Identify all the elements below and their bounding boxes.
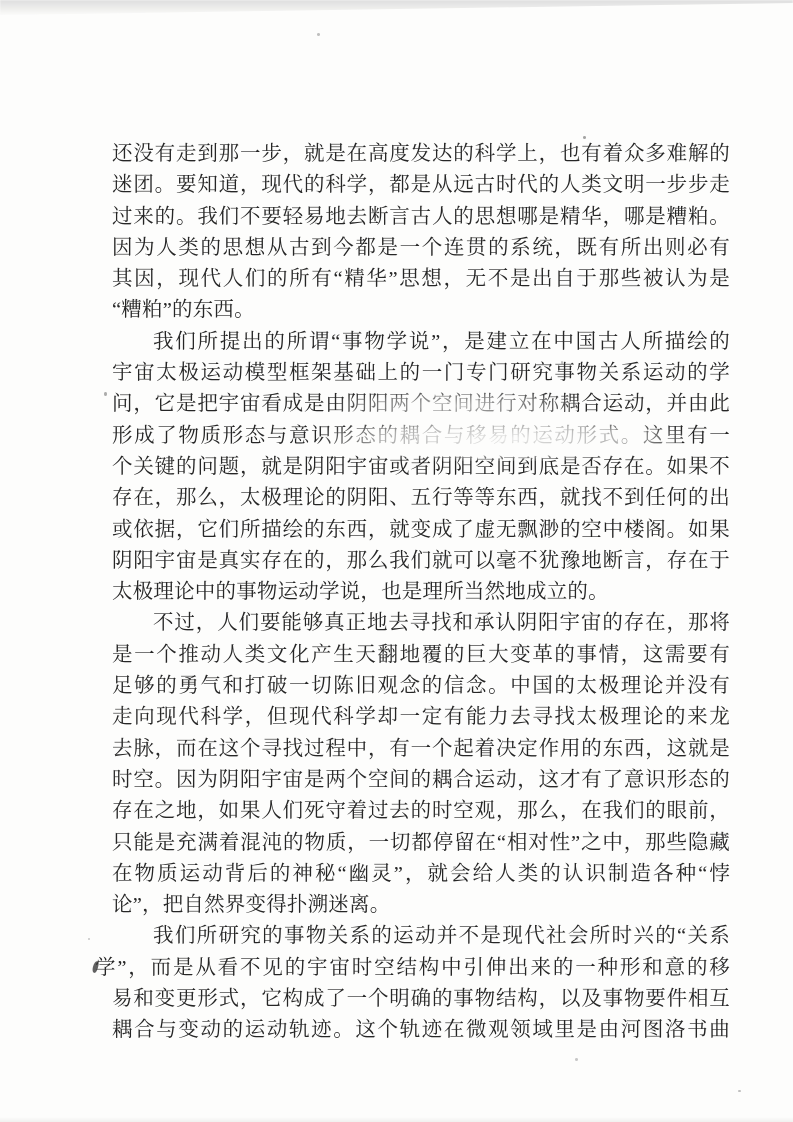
paragraph: 我们所研究的事物关系的运动并不是现代社会所时兴的“关系学”，而是从看不见的宇宙时… <box>112 921 730 1046</box>
scan-edge-shadow-top <box>0 0 793 16</box>
text-line: 走向现代科学，但现代科学却一定有能力去寻找太极理论的来龙 <box>112 702 730 733</box>
ink-speck <box>575 1058 578 1061</box>
text-line: 易和变更形式，它构成了一个明确的事物结构，以及事物要件相互 <box>112 984 730 1015</box>
text-line: 问，它是把宇宙看成是由阴阳两个空间进行对称耦合运动，并由此 <box>112 389 730 420</box>
text-line: 学”，而是从看不见的宇宙时空结构中引伸出来的一种形和意的移 <box>95 953 730 984</box>
text-line: 迷团。要知道，现代的科学，都是从远古时代的人类文明一步步走 <box>112 170 730 201</box>
ink-speck <box>317 33 320 36</box>
text-line: 耦合与变动的运动轨迹。这个轨迹在微观领域里是由河图洛书曲 <box>112 1015 730 1046</box>
paragraph: 还没有走到那一步，就是在高度发达的科学上，也有着众多难解的迷团。要知道，现代的科… <box>112 139 730 327</box>
text-line: 存在之地，如果人们死守着过去的时空观，那么，在我们的眼前，就 <box>112 796 730 827</box>
ink-speck <box>453 866 456 869</box>
paragraph: 我们所提出的所谓“事物学说”，是建立在中国古人所描绘的宇宙太极运动模型框架基础上… <box>112 327 730 609</box>
ink-speck <box>583 136 586 139</box>
text-line: 其因，现代人们的所有“精华”思想，无不是出自于那些被认为是 <box>112 264 730 295</box>
text-line: 我们所研究的事物关系的运动并不是现代社会所时兴的“关系 <box>112 921 730 952</box>
text-line: 只能是充满着混沌的物质，一切都停留在“相对性”之中，那些隐藏 <box>112 828 730 859</box>
text-line: 宇宙太极运动模型框架基础上的一门专门研究事物关系运动的学 <box>112 358 730 389</box>
text-line: 形成了物质形态与意识形态的耦合与移易的运动形式。这里有一 <box>112 421 730 452</box>
text-block: 还没有走到那一步，就是在高度发达的科学上，也有着众多难解的迷团。要知道，现代的科… <box>112 139 730 1047</box>
ink-speck <box>104 392 107 396</box>
text-line: 在物质运动背后的神秘“幽灵”，就会给人类的认识制造各种“悖 <box>112 859 730 890</box>
ink-speck <box>88 938 90 940</box>
text-line: 个关键的问题，就是阴阳宇宙或者阴阳空间到底是否存在。如果不 <box>112 452 730 483</box>
text-line: 足够的勇气和打破一切陈旧观念的信念。中国的太极理论并没有 <box>112 671 730 702</box>
text-line: 还没有走到那一步，就是在高度发达的科学上，也有着众多难解的 <box>112 139 730 170</box>
text-line: 或依据，它们所描绘的东西，就变成了虚无飘渺的空中楼阁。如果 <box>112 515 730 546</box>
text-line: 去脉，而在这个寻找过程中，有一个起着决定作用的东西，这就是 <box>112 734 730 765</box>
text-line: 论”，把自然界变得扑溯迷离。 <box>112 890 730 921</box>
ink-speck <box>738 1090 741 1092</box>
text-line: 不过，人们要能够真正地去寻找和承认阴阳宇宙的存在，那将 <box>112 608 730 639</box>
text-line: 存在，那么，太极理论的阴阳、五行等等东西，就找不到任何的出处 <box>112 483 730 514</box>
scanned-book-page: 还没有走到那一步，就是在高度发达的科学上，也有着众多难解的迷团。要知道，现代的科… <box>0 0 793 1122</box>
text-line: 时空。因为阴阳宇宙是两个空间的耦合运动，这才有了意识形态的 <box>112 765 730 796</box>
text-line: 我们所提出的所谓“事物学说”，是建立在中国古人所描绘的 <box>112 327 730 358</box>
text-line: “糟粕”的东西。 <box>112 295 730 326</box>
ink-speck <box>561 361 563 364</box>
text-line: 阴阳宇宙是真实存在的，那么我们就可以毫不犹豫地断言，存在于 <box>112 546 730 577</box>
paragraph: 不过，人们要能够真正地去寻找和承认阴阳宇宙的存在，那将是一个推动人类文化产生天翻… <box>112 608 730 921</box>
text-line: 过来的。我们不要轻易地去断言古人的思想哪是精华，哪是糟粕。 <box>112 202 730 233</box>
text-line: 是一个推动人类文化产生天翻地覆的巨大变革的事情，这需要有 <box>112 640 730 671</box>
text-line: 太极理论中的事物运动学说，也是理所当然地成立的。 <box>112 577 730 608</box>
text-line: 因为人类的思想从古到今都是一个连贯的系统，既有所出则必有 <box>112 233 730 264</box>
scan-edge-shadow-bottom <box>0 1117 793 1122</box>
